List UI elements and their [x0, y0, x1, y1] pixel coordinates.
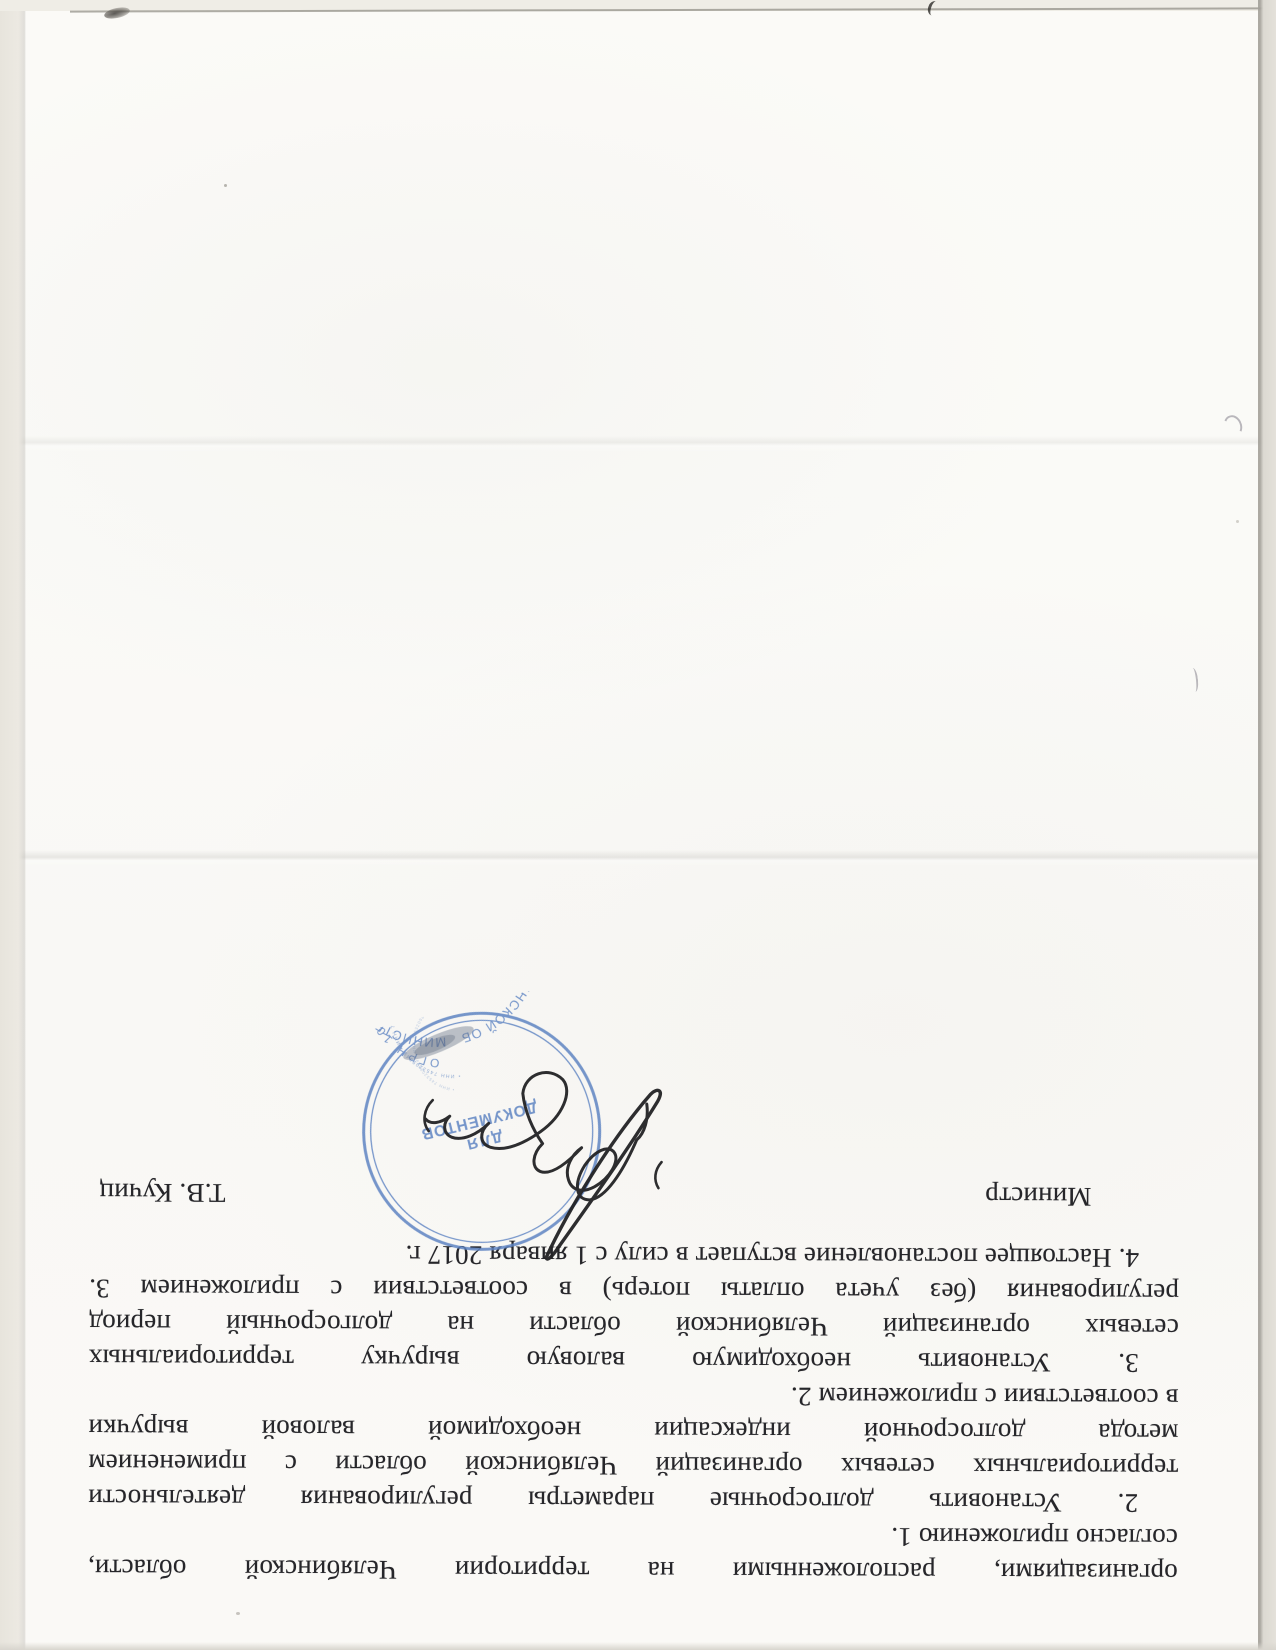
scanner-edge-bottom [0, 1642, 1276, 1650]
signature-end-hook [424, 1100, 432, 1131]
signature-main-loop [546, 1090, 660, 1260]
signature-flourish [425, 1072, 647, 1200]
scanned-document: организациями, расположенными на террито… [0, 0, 1276, 1650]
handwritten-signature [0, 0, 1276, 1650]
scanner-edge-left [0, 0, 26, 1650]
fold-crease-lower [0, 850, 1276, 866]
dust-speck [1236, 520, 1239, 523]
document-sheet: организациями, расположенными на террито… [0, 0, 1276, 1650]
dust-speck [236, 1612, 240, 1615]
fold-crease-upper [0, 436, 1276, 452]
dust-speck [224, 184, 227, 187]
paper-right-edge [1258, 0, 1276, 1650]
signature-tick [655, 1162, 661, 1188]
